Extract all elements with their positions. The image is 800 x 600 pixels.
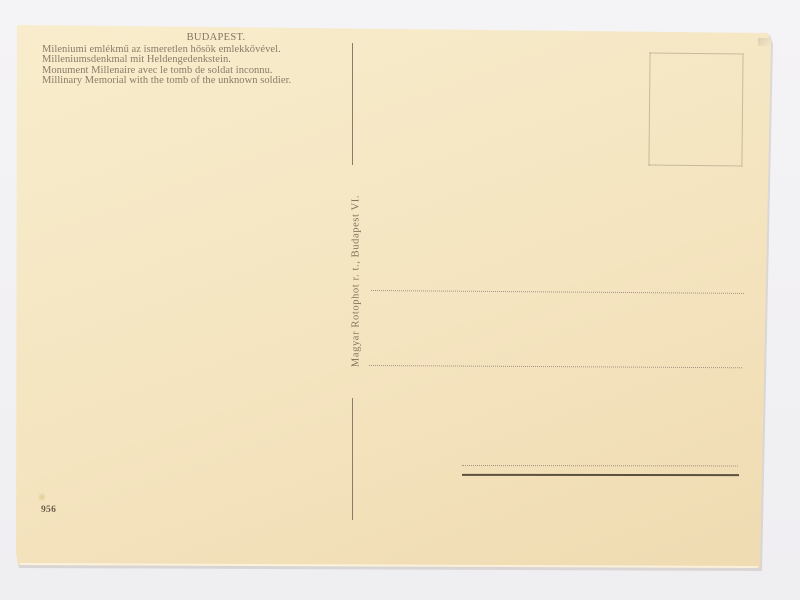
caption-line-english: Millinary Memorial with the tomb of the … bbox=[42, 76, 352, 87]
caption-title: BUDAPEST. bbox=[42, 33, 352, 44]
caption-block: BUDAPEST. Mileniumi emlékmű az ismeretle… bbox=[42, 33, 352, 87]
corner-wear bbox=[758, 38, 770, 46]
center-divider-bottom bbox=[352, 398, 353, 520]
publisher-imprint: Magyar Rotophot r. t., Budapest VI. bbox=[351, 195, 362, 367]
center-divider-top bbox=[352, 43, 353, 165]
card-number: 956 bbox=[41, 505, 56, 515]
stamp-box bbox=[648, 53, 743, 167]
address-underline bbox=[462, 474, 739, 476]
paper-stain bbox=[38, 492, 46, 502]
photo-background: BUDAPEST. Mileniumi emlékmű az ismeretle… bbox=[0, 0, 800, 600]
